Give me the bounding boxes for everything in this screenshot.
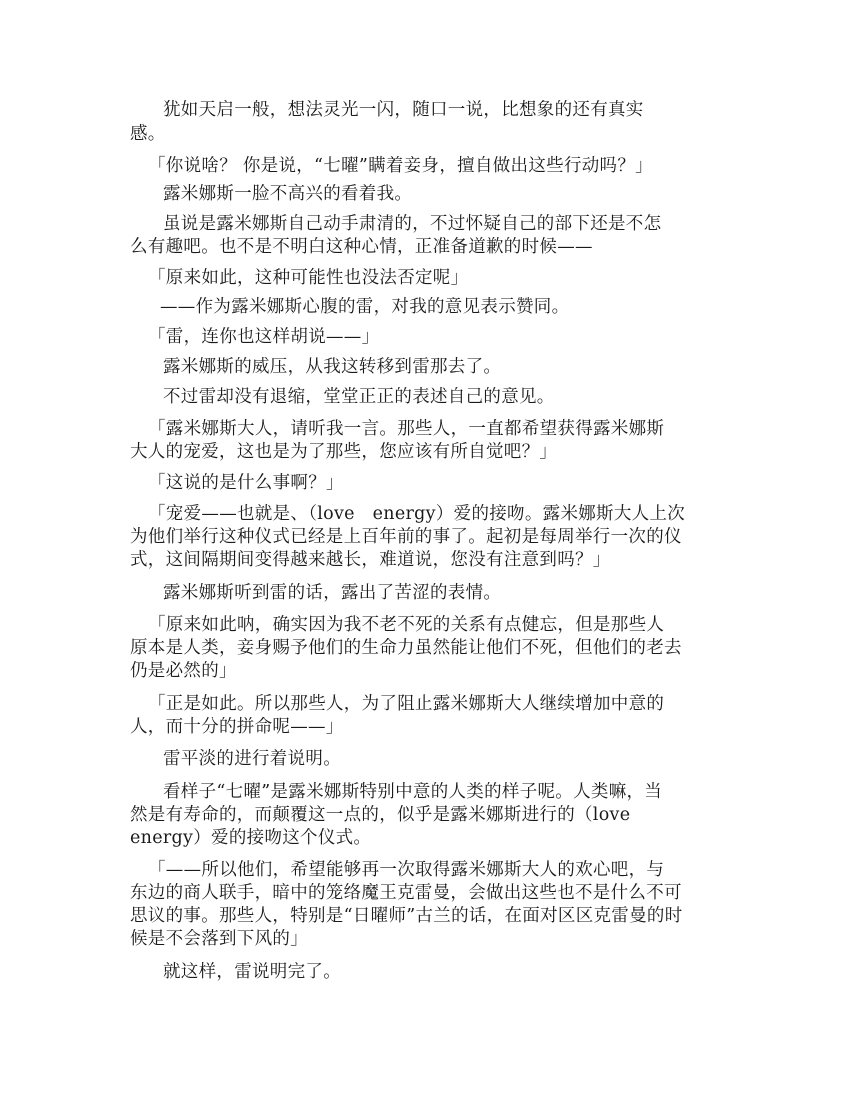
- document-page: 犹如天启一般，想法灵光一闪，随口一说，比想象的还有真实 感。 「你说啥？ 你是说…: [0, 0, 850, 1100]
- text-line: 雷平淡的进行着说明。: [163, 748, 341, 770]
- text-line: 原本是人类，妾身赐予他们的生命力虽然能让他们不死，但他们的老去: [130, 637, 682, 659]
- text-line: 仍是必然的」: [130, 660, 237, 682]
- text-line: 「雷，连你也这样胡说——」: [148, 326, 379, 348]
- text-line: 虽说是露米娜斯自己动手肃清的，不过怀疑自己的部下还是不怎: [163, 213, 661, 235]
- text-line: 露米娜斯听到雷的话，露出了苦涩的表情。: [163, 582, 501, 604]
- text-line: 么有趣吧。也不是不明白这种心情，正准备道歉的时候——: [130, 236, 593, 258]
- text-line: 东边的商人联手，暗中的笼络魔王克雷曼，会做出这些也不是什么不可: [130, 882, 682, 904]
- text-line: energy）爱的接吻这个仪式。: [130, 827, 371, 849]
- text-line: 「原来如此呐，确实因为我不老不死的关系有点健忘，但是那些人: [148, 614, 664, 636]
- text-line: 候是不会落到下风的」: [130, 928, 308, 950]
- text-line: 「你说啥？ 你是说，“七曜”瞒着妾身，擅自做出这些行动吗？」: [148, 155, 653, 177]
- text-line: 人，而十分的拼命呢——」: [130, 716, 344, 738]
- text-line: 看样子“七曜”是露米娜斯特别中意的人类的样子呢。人类嘛，当: [163, 781, 662, 803]
- text-line: 然是有寿命的，而颠覆这一点的，似乎是露米娜斯进行的（love: [130, 804, 630, 826]
- text-line: 「这说的是什么事啊？」: [148, 472, 344, 494]
- text-line: 「原来如此，这种可能性也没法否定呢」: [148, 267, 468, 289]
- text-line: 就这样，雷说明完了。: [163, 961, 341, 983]
- text-line: 犹如天启一般，想法灵光一闪，随口一说，比想象的还有真实: [163, 99, 644, 121]
- text-line: 露米娜斯的威压，从我这转移到雷那去了。: [163, 356, 501, 378]
- text-line: 露米娜斯一脸不高兴的看着我。: [163, 183, 412, 205]
- text-line: 「宠爱——也就是、（love energy）爱的接吻。露米娜斯大人上次: [148, 503, 685, 525]
- text-line: 思议的事。那些人，特别是“日曜师”古兰的话，在面对区区克雷曼的时: [130, 905, 683, 927]
- text-line: 「——所以他们，希望能够再一次取得露米娜斯大人的欢心吧，与: [148, 859, 664, 881]
- text-line: 式，这间隔期间变得越来越长，难道说，您没有注意到吗？」: [130, 549, 611, 571]
- text-line: 感。: [130, 123, 166, 145]
- text-line: ——作为露米娜斯心腹的雷，对我的意见表示赞同。: [160, 296, 569, 318]
- text-line: 「露米娜斯大人，请听我一言。那些人，一直都希望获得露米娜斯: [148, 418, 664, 440]
- text-line: 不过雷却没有退缩，堂堂正正的表述自己的意见。: [163, 386, 555, 408]
- text-line: 大人的宠爱，这也是为了那些，您应该有所自觉吧？」: [130, 441, 557, 463]
- text-line: 为他们举行这种仪式已经是上百年前的事了。起初是每周举行一次的仪: [130, 526, 682, 548]
- text-line: 「正是如此。所以那些人，为了阻止露米娜斯大人继续增加中意的: [148, 693, 664, 715]
